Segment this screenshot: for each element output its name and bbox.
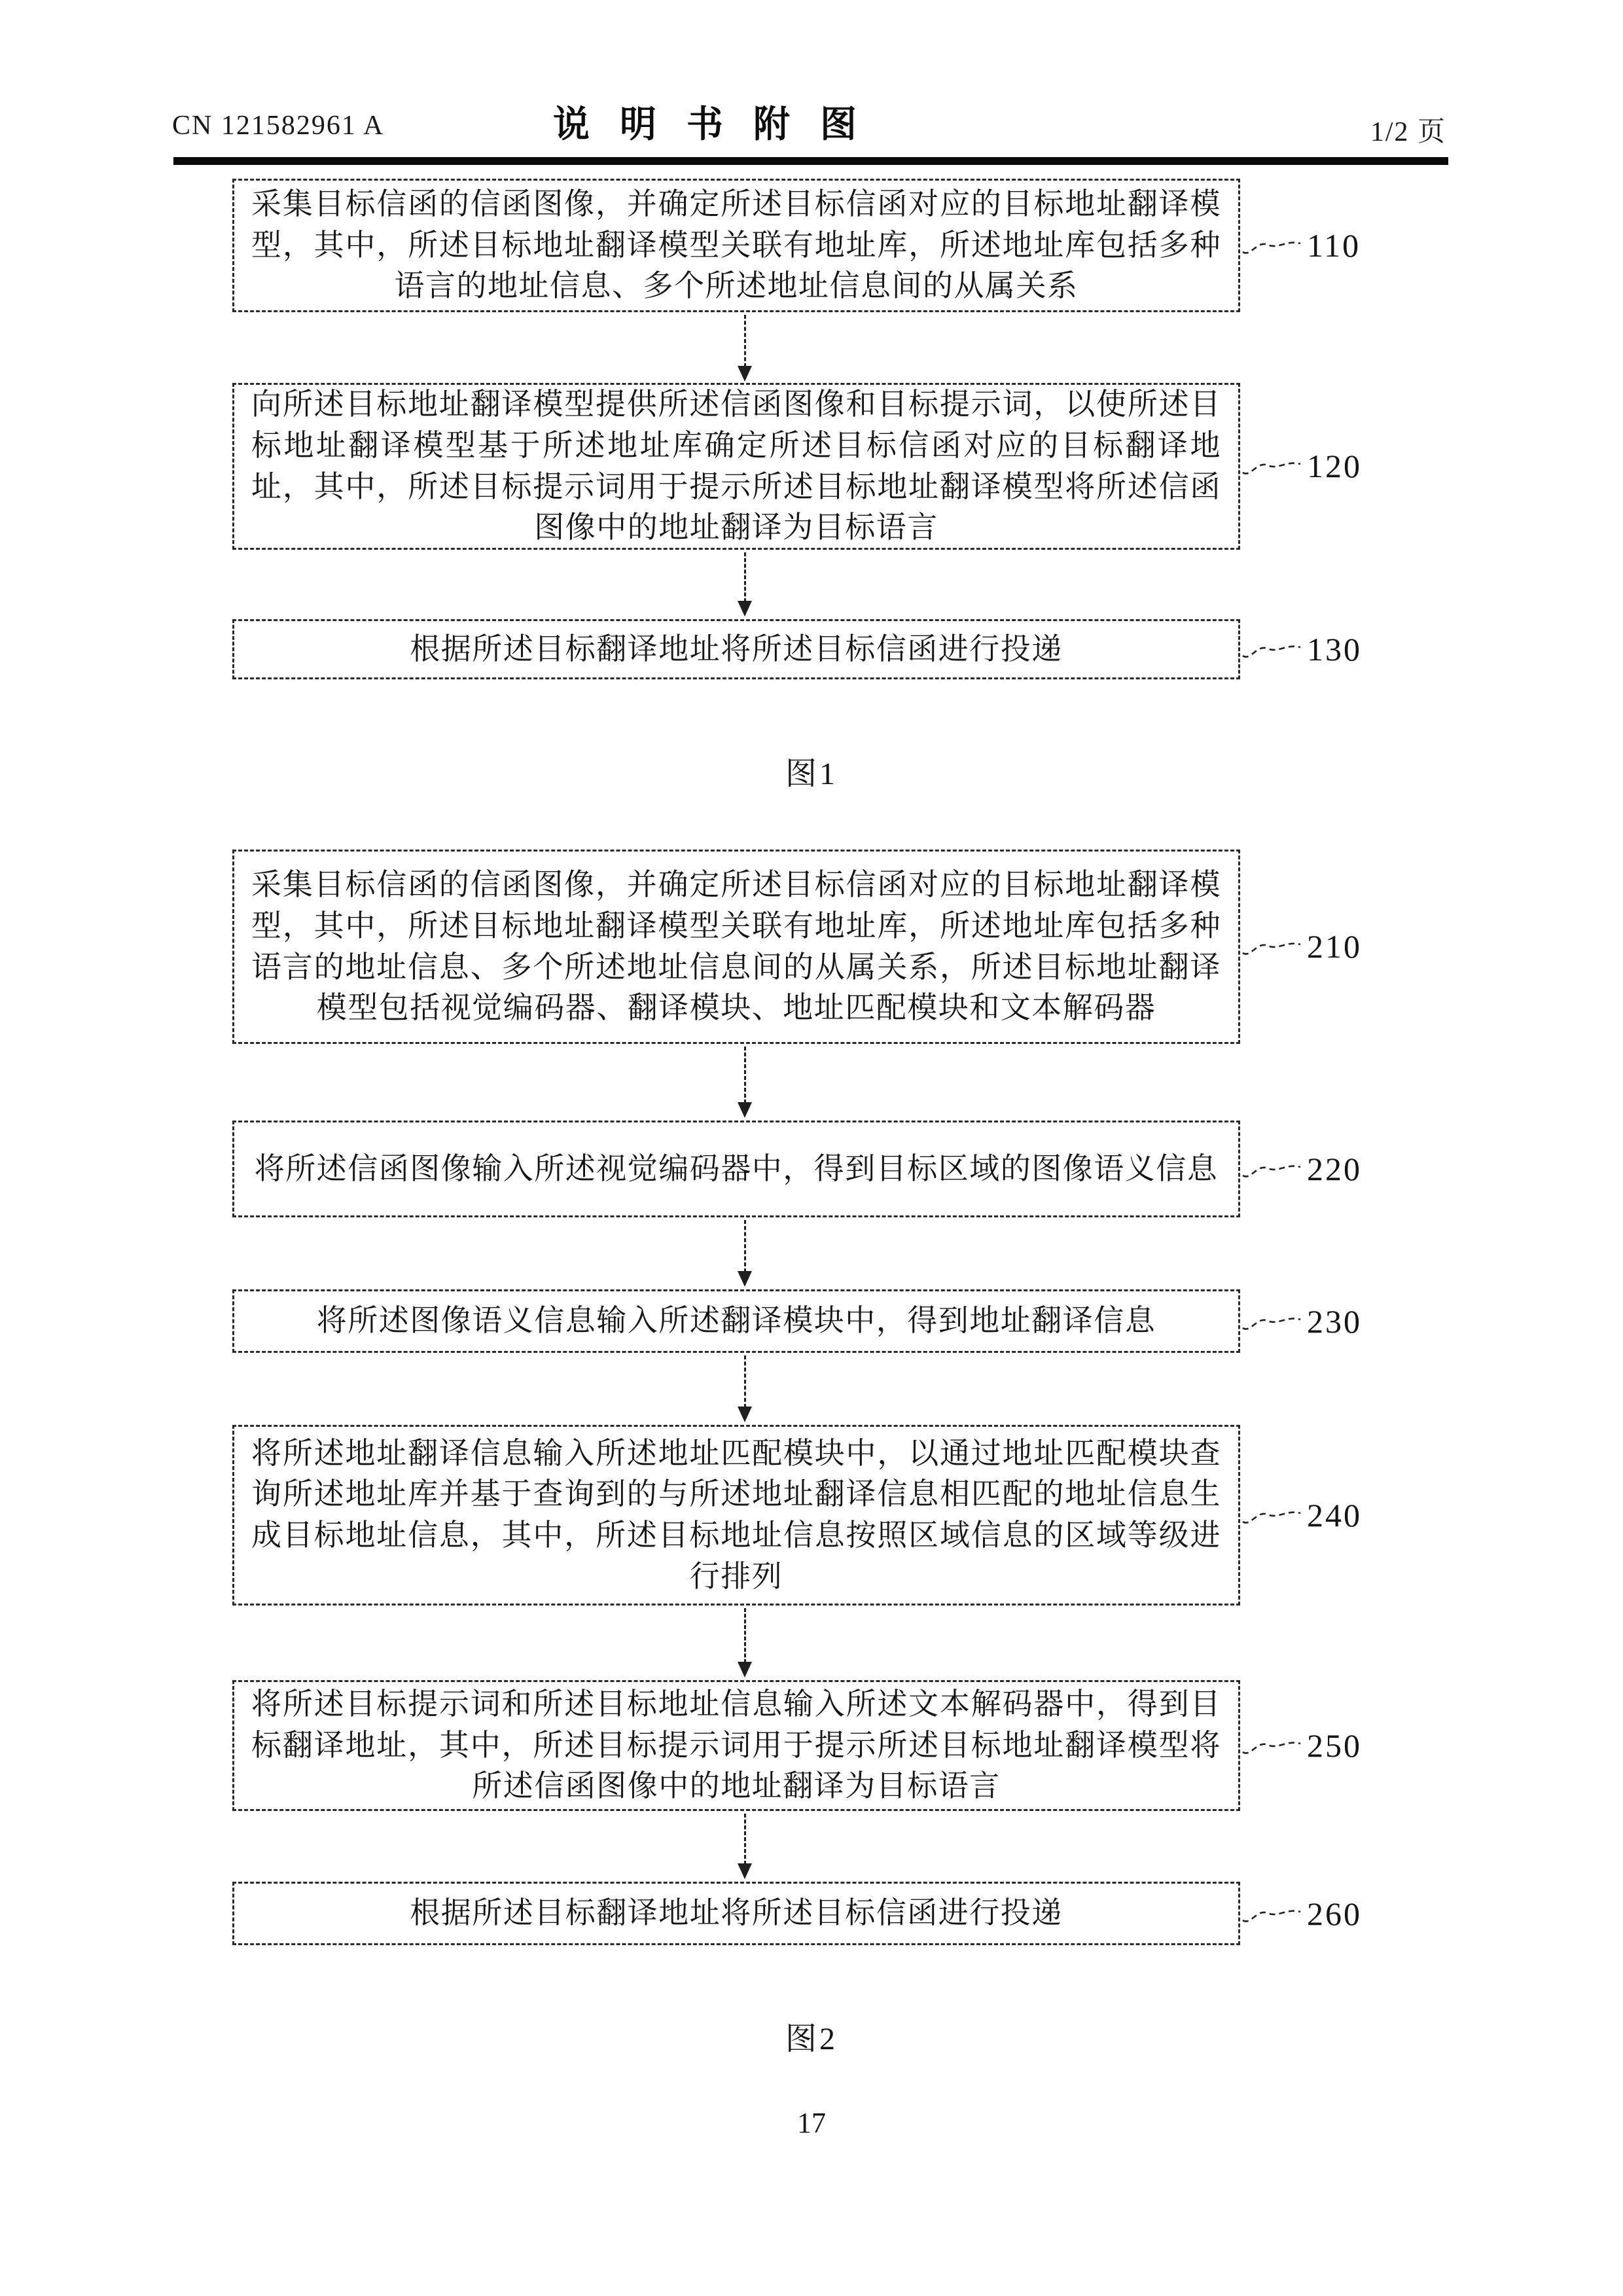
flow-step-text: 根据所述目标翻译地址将所述目标信函进行投递 (251, 629, 1221, 670)
arrow-head-icon (738, 1102, 752, 1118)
reference-label-250: 250 (1241, 1725, 1362, 1766)
leader-line-icon (1241, 1307, 1302, 1336)
flow-step-text: 将所述地址翻译信息输入所述地址匹配模块中，以通过地址匹配模块查询所述地址库并基于… (251, 1433, 1221, 1597)
leader-line-icon (1241, 1155, 1302, 1183)
flow-step-text: 向所述目标地址翻译模型提供所述信函图像和目标提示词，以使所述目标地址翻译模型基于… (251, 384, 1221, 548)
flow-step-box-250: 将所述目标提示词和所述目标地址信息输入所述文本解码器中，得到目标翻译地址，其中，… (232, 1680, 1240, 1811)
flow-step-box-120: 向所述目标地址翻译模型提供所述信函图像和目标提示词，以使所述目标地址翻译模型基于… (232, 383, 1240, 550)
flow-arrow-icon (736, 552, 753, 617)
flow-step-box-220: 将所述信函图像输入所述视觉编码器中，得到目标区域的图像语义信息 (232, 1121, 1240, 1217)
reference-number: 250 (1307, 1727, 1362, 1765)
reference-label-130: 130 (1241, 629, 1362, 670)
reference-number: 130 (1307, 630, 1362, 668)
flow-step-box-210: 采集目标信函的信函图像，并确定所述目标信函对应的目标地址翻译模型，其中，所述目标… (232, 850, 1240, 1044)
arrow-shaft (744, 1220, 746, 1272)
reference-label-220: 220 (1241, 1149, 1362, 1189)
arrow-head-icon (738, 1271, 752, 1287)
flow-arrow-icon (736, 1608, 753, 1677)
arrow-head-icon (738, 601, 752, 617)
flow-step-box-230: 将所述图像语义信息输入所述翻译模块中，得到地址翻译信息 (232, 1289, 1240, 1353)
arrow-head-icon (738, 1863, 752, 1879)
flow-step-text: 采集目标信函的信函图像，并确定所述目标信函对应的目标地址翻译模型，其中，所述目标… (251, 184, 1221, 307)
leader-line-icon (1241, 1899, 1302, 1928)
reference-number: 110 (1307, 226, 1361, 264)
flow-arrow-icon (736, 315, 753, 382)
patent-drawings-page: CN 121582961 A 说明书附图 1/2 页 采集目标信函的信函图像，并… (0, 0, 1623, 2296)
flow-step-box-110: 采集目标信函的信函图像，并确定所述目标信函对应的目标地址翻译模型，其中，所述目标… (232, 179, 1240, 312)
reference-number: 210 (1307, 927, 1362, 965)
arrow-head-icon (738, 1662, 752, 1677)
arrow-shaft (744, 315, 746, 367)
leader-line-icon (1241, 635, 1302, 664)
reference-label-120: 120 (1241, 446, 1362, 486)
leader-line-icon (1241, 231, 1302, 260)
reference-number: 220 (1307, 1150, 1362, 1188)
flow-arrow-icon (736, 1814, 753, 1879)
flow-step-box-240: 将所述地址翻译信息输入所述地址匹配模块中，以通过地址匹配模块查询所述地址库并基于… (232, 1425, 1240, 1605)
reference-label-110: 110 (1241, 225, 1361, 266)
reference-number: 240 (1307, 1496, 1362, 1534)
reference-label-240: 240 (1241, 1495, 1362, 1535)
figure1-caption: 图1 (0, 748, 1623, 793)
page-number: 17 (0, 2106, 1623, 2140)
arrow-shaft (744, 552, 746, 602)
flow-step-box-130: 根据所述目标翻译地址将所述目标信函进行投递 (232, 619, 1240, 679)
flow-step-text: 采集目标信函的信函图像，并确定所述目标信函对应的目标地址翻译模型，其中，所述目标… (251, 865, 1221, 1028)
flow-step-text: 将所述信函图像输入所述视觉编码器中，得到目标区域的图像语义信息 (251, 1149, 1221, 1190)
flow-step-text: 将所述目标提示词和所述目标地址信息输入所述文本解码器中，得到目标翻译地址，其中，… (251, 1684, 1221, 1807)
reference-number: 230 (1307, 1302, 1362, 1340)
arrow-shaft (744, 1608, 746, 1663)
leader-line-icon (1241, 1731, 1302, 1760)
arrow-head-icon (738, 1407, 752, 1422)
flow-step-text: 根据所述目标翻译地址将所述目标信函进行投递 (251, 1893, 1221, 1934)
leader-line-icon (1241, 932, 1302, 961)
flow-arrow-icon (736, 1355, 753, 1422)
arrow-shaft (744, 1047, 746, 1103)
figure2-caption: 图2 (0, 2013, 1623, 2058)
flow-step-text: 将所述图像语义信息输入所述翻译模块中，得到地址翻译信息 (251, 1300, 1221, 1342)
leader-line-icon (1241, 1501, 1302, 1530)
header-divider (173, 157, 1448, 165)
reference-label-210: 210 (1241, 926, 1362, 967)
flow-arrow-icon (736, 1220, 753, 1287)
arrow-head-icon (738, 366, 752, 382)
page-title: 说明书附图 (0, 96, 1440, 148)
arrow-shaft (744, 1355, 746, 1408)
flow-step-box-260: 根据所述目标翻译地址将所述目标信函进行投递 (232, 1882, 1240, 1945)
sheet-indicator: 1/2 页 (1370, 110, 1446, 149)
reference-number: 260 (1307, 1895, 1362, 1933)
leader-line-icon (1241, 452, 1302, 480)
reference-number: 120 (1307, 447, 1362, 485)
reference-label-230: 230 (1241, 1301, 1362, 1342)
arrow-shaft (744, 1814, 746, 1865)
flow-arrow-icon (736, 1047, 753, 1118)
reference-label-260: 260 (1241, 1893, 1362, 1934)
